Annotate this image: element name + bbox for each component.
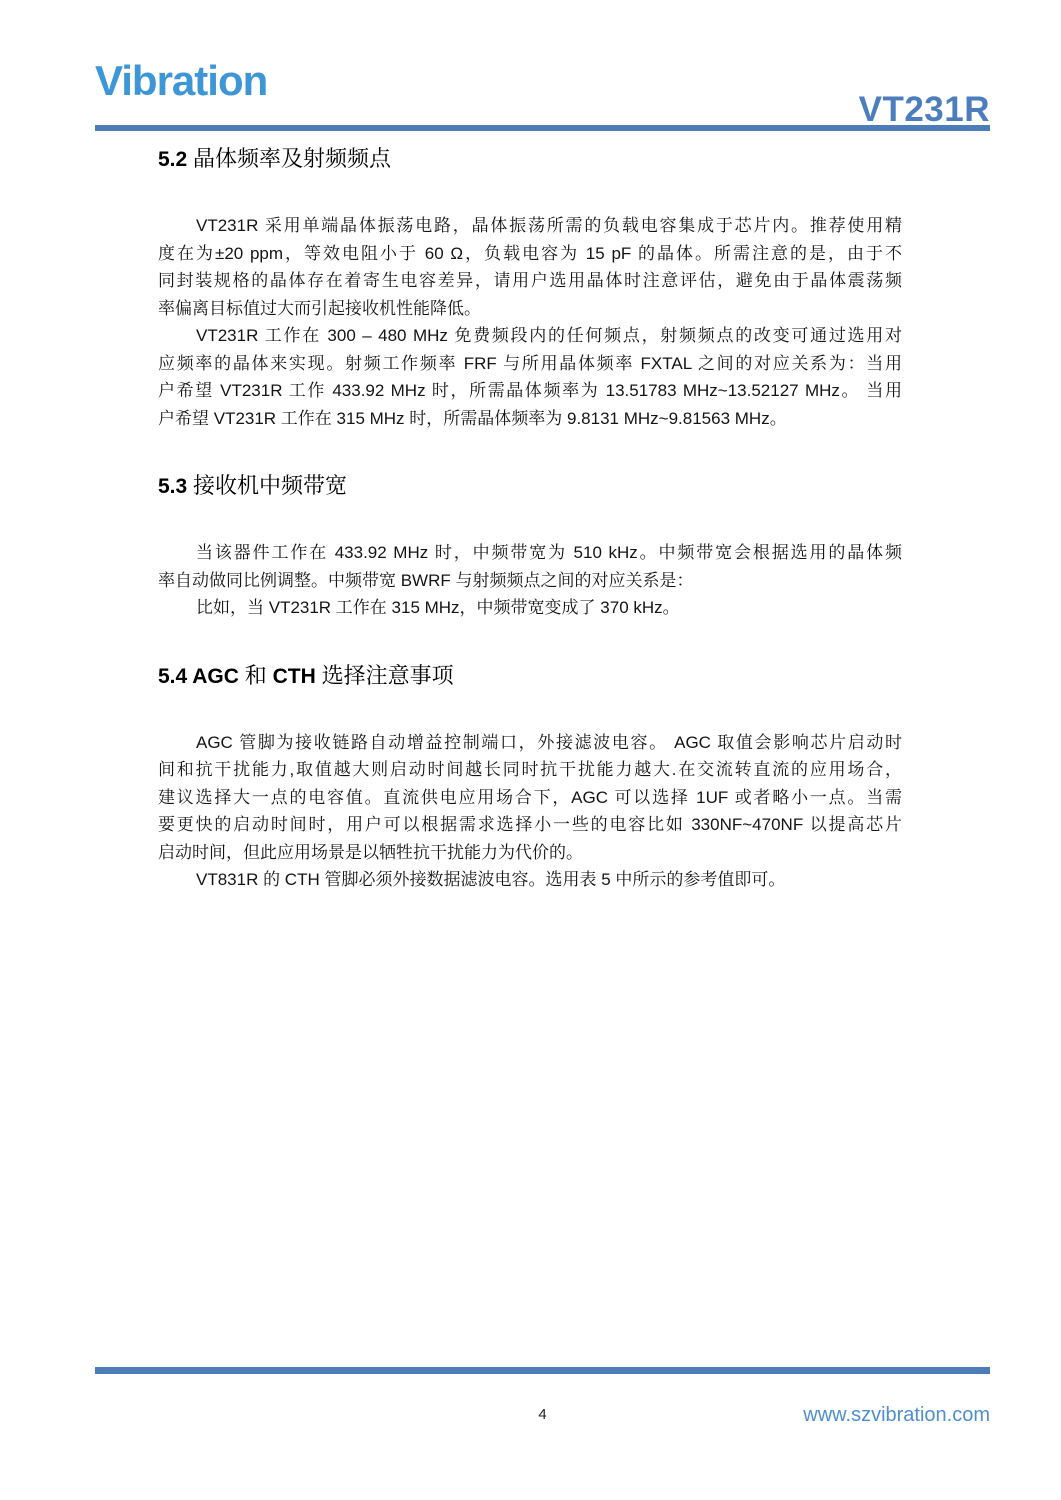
page-header: Vibration VT231R bbox=[0, 0, 1061, 131]
section-heading: 5.4 AGC 和 CTH 选择注意事项 bbox=[158, 660, 902, 693]
paragraph: VT831R 的 CTH 管脚必须外接数据滤波电容。选用表 5 中所示的参考值即… bbox=[158, 866, 902, 894]
product-title: VT231R bbox=[859, 92, 990, 127]
heading-segment: 晶体频率及射频频点 bbox=[193, 146, 391, 171]
paragraph: AGC 管脚为接收链路自动增益控制端口，外接滤波电容。 AGC 取值会影响芯片启… bbox=[158, 729, 902, 867]
text-line: 当该器件工作在 433.92 MHz 时，中频带宽为 510 kHz。中频带宽会… bbox=[158, 539, 902, 567]
heading-segment: 5.3 bbox=[158, 475, 193, 498]
section: 5.2 晶体频率及射频频点VT231R 采用单端晶体振荡电路，晶体振荡所需的负载… bbox=[158, 143, 902, 432]
header-rule bbox=[95, 125, 990, 131]
heading-segment: 和 bbox=[245, 663, 267, 688]
paragraph: 比如，当 VT231R 工作在 315 MHz，中频带宽变成了 370 kHz。 bbox=[158, 594, 902, 622]
text-line: 户希望 VT231R 工作 433.92 MHz 时，所需晶体频率为 13.51… bbox=[158, 377, 902, 405]
section: 5.3 接收机中频带宽当该器件工作在 433.92 MHz 时，中频带宽为 51… bbox=[158, 470, 902, 622]
text-line: 间和抗干扰能力,取值越大则启动时间越长同时抗干扰能力越大.在交流转直流的应用场合… bbox=[158, 756, 902, 784]
paragraph: VT231R 工作在 300 – 480 MHz 免费频段内的任何频点，射频频点… bbox=[158, 322, 902, 432]
text-line: 启动时间，但此应用场景是以牺牲抗干扰能力为代价的。 bbox=[158, 839, 902, 867]
section-heading: 5.2 晶体频率及射频频点 bbox=[158, 143, 902, 176]
text-line: 率偏离目标值过大而引起接收机性能降低。 bbox=[158, 295, 902, 323]
heading-segment: CTH bbox=[267, 665, 322, 688]
heading-segment: 5.4 AGC bbox=[158, 665, 245, 688]
text-line: 要更快的启动时间时，用户可以根据需求选择小一些的电容比如 330NF~470NF… bbox=[158, 811, 902, 839]
heading-segment: 选择注意事项 bbox=[322, 663, 454, 688]
website-link[interactable]: www.szvibration.com bbox=[803, 1402, 990, 1428]
page-footer: 4 www.szvibration.com bbox=[95, 1367, 990, 1428]
text-line: 比如，当 VT231R 工作在 315 MHz，中频带宽变成了 370 kHz。 bbox=[158, 594, 902, 622]
paragraph: 当该器件工作在 433.92 MHz 时，中频带宽为 510 kHz。中频带宽会… bbox=[158, 539, 902, 594]
heading-segment: 接收机中频带宽 bbox=[193, 473, 347, 498]
heading-segment: 5.2 bbox=[158, 148, 193, 171]
text-line: 率自动做同比例调整。中频带宽 BWRF 与射频频点之间的对应关系是： bbox=[158, 567, 902, 595]
text-line: VT231R 采用单端晶体振荡电路，晶体振荡所需的负载电容集成于芯片内。推荐使用… bbox=[158, 212, 902, 240]
document-body: 5.2 晶体频率及射频频点VT231R 采用单端晶体振荡电路，晶体振荡所需的负载… bbox=[0, 143, 1061, 894]
footer-row: 4 www.szvibration.com bbox=[95, 1402, 990, 1428]
text-line: 应频率的晶体来实现。射频工作频率 FRF 与所用晶体频率 FXTAL 之间的对应… bbox=[158, 350, 902, 378]
text-line: AGC 管脚为接收链路自动增益控制端口，外接滤波电容。 AGC 取值会影响芯片启… bbox=[158, 729, 902, 757]
footer-rule bbox=[95, 1367, 990, 1374]
section: 5.4 AGC 和 CTH 选择注意事项AGC 管脚为接收链路自动增益控制端口，… bbox=[158, 660, 902, 894]
document-page: Vibration VT231R 5.2 晶体频率及射频频点VT231R 采用单… bbox=[0, 0, 1061, 1500]
brand-logo: Vibration bbox=[95, 58, 990, 104]
text-line: VT831R 的 CTH 管脚必须外接数据滤波电容。选用表 5 中所示的参考值即… bbox=[158, 866, 902, 894]
text-line: 度在为±20 ppm，等效电阻小于 60 Ω，负载电容为 15 pF 的晶体。所… bbox=[158, 240, 902, 268]
text-line: 户希望 VT231R 工作在 315 MHz 时，所需晶体频率为 9.8131 … bbox=[158, 405, 902, 433]
section-heading: 5.3 接收机中频带宽 bbox=[158, 470, 902, 503]
paragraph: VT231R 采用单端晶体振荡电路，晶体振荡所需的负载电容集成于芯片内。推荐使用… bbox=[158, 212, 902, 322]
text-line: VT231R 工作在 300 – 480 MHz 免费频段内的任何频点，射频频点… bbox=[158, 322, 902, 350]
text-line: 建议选择大一点的电容值。直流供电应用场合下，AGC 可以选择 1UF 或者略小一… bbox=[158, 784, 902, 812]
page-number: 4 bbox=[538, 1402, 546, 1428]
text-line: 同封装规格的晶体存在着寄生电容差异，请用户选用晶体时注意评估，避免由于晶体震荡频 bbox=[158, 267, 902, 295]
